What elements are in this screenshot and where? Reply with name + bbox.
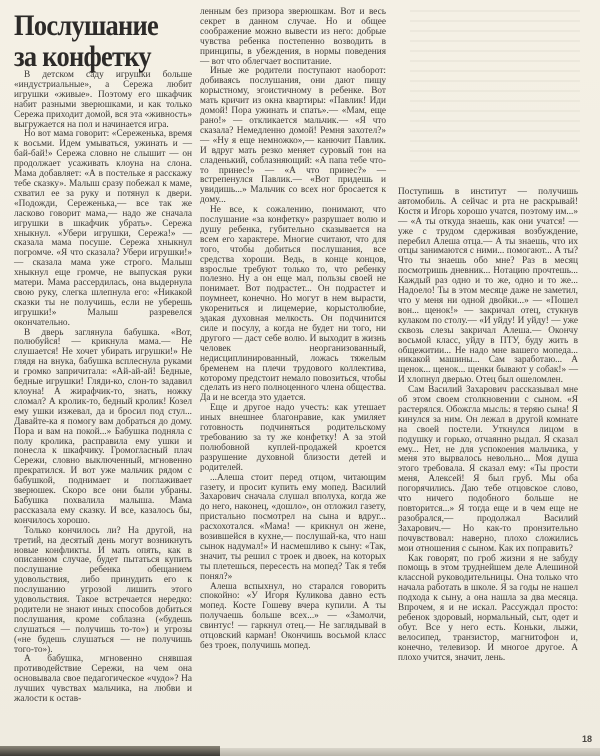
article-title: Послушание за конфетку (14, 10, 172, 72)
paragraph: Поступишь в институт — получишь автомоби… (398, 188, 578, 386)
paragraph: В детском саду игрушки больше «индустриа… (14, 71, 192, 130)
paragraph: ленным без призора зверюшкам. Вот и весь… (200, 8, 386, 67)
paragraph: Только кончилось ли? На другой, на трети… (14, 527, 192, 656)
title-line-2: за конфетку (14, 41, 172, 72)
title-line-1: Послушание (14, 10, 172, 41)
text-column-2: ленным без призора зверюшкам. Вот и весь… (200, 8, 386, 652)
paper-bleedthrough (410, 10, 580, 180)
scan-edge (220, 748, 600, 756)
text-column-3: Поступишь в институт — получишь автомоби… (398, 188, 578, 664)
paragraph: Иные же родители поступают наоборот: доб… (200, 67, 386, 206)
paragraph: А бабушка, мгновенно снявшая противодейс… (14, 655, 192, 705)
paragraph: ...Алеша стоит перед отцом, читающим газ… (200, 474, 386, 583)
paragraph: Сам Василий Захарович рассказывал мне об… (398, 386, 578, 554)
magazine-page: Послушание за конфетку В детском саду иг… (0, 0, 600, 756)
paragraph: Не все, к сожалению, понимают, что послу… (200, 206, 386, 404)
page-number: 18 (582, 734, 592, 744)
paragraph: Алеша вспыхнул, но старался говорить спо… (200, 583, 386, 652)
paragraph: В дверь заглянула бабушка. «Вот, полюбуй… (14, 329, 192, 527)
text-column-1: В детском саду игрушки больше «индустриа… (14, 71, 192, 705)
paragraph: Как говорят, по гроб жизни я не забуду п… (398, 555, 578, 664)
scan-edge-shadow (0, 746, 220, 756)
paragraph: Но вот мама говорит: «Сереженька, время … (14, 130, 192, 328)
paragraph: Еще и другое надо учесть: как утешает ин… (200, 404, 386, 473)
